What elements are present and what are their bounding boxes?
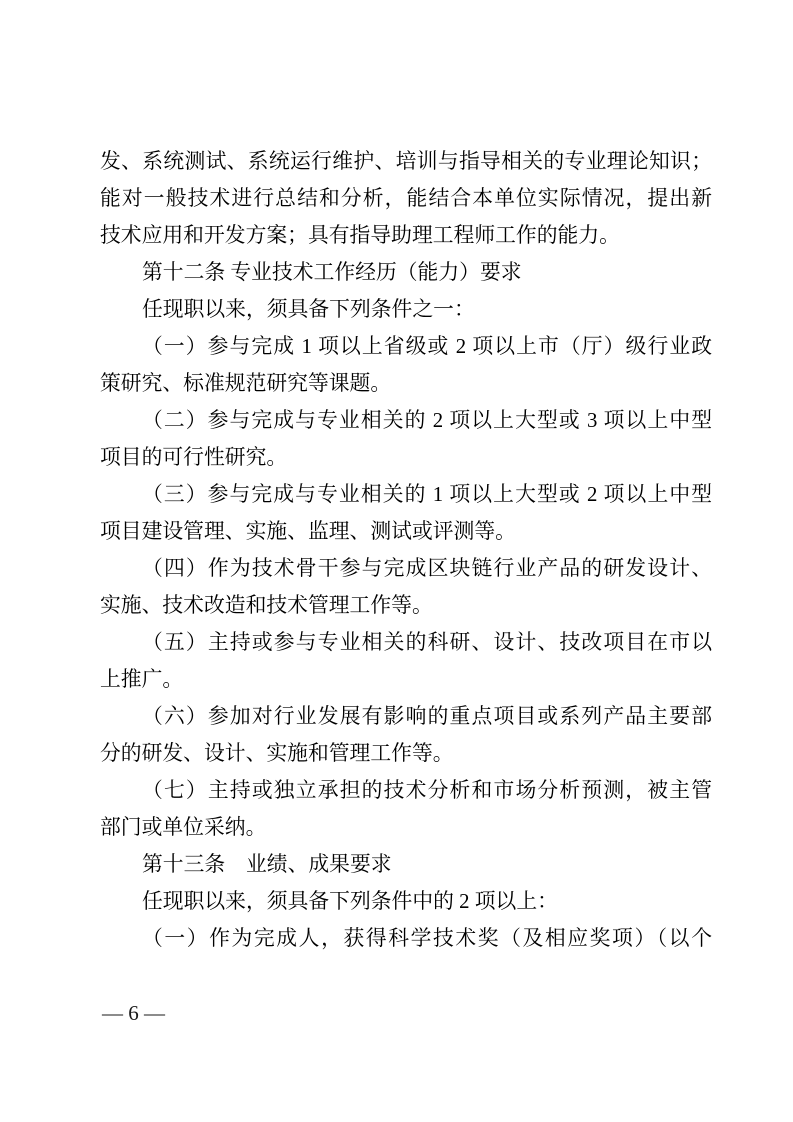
article-12-heading: 第十二条 专业技术工作经历（能力）要求	[100, 254, 712, 291]
body-text-line: 发、系统测试、系统运行维护、培训与指导相关的专业理论知识；	[100, 143, 712, 180]
clause-3-line: 项目建设管理、实施、监理、测试或评测等。	[100, 513, 712, 550]
article-13-heading: 第十三条 业绩、成果要求	[100, 846, 712, 883]
body-text-line: 任现职以来，须具备下列条件中的 2 项以上：	[100, 883, 712, 920]
document-page: 发、系统测试、系统运行维护、培训与指导相关的专业理论知识； 能对一般技术进行总结…	[0, 0, 793, 1122]
clause-1-line-art13: （一）作为完成人，获得科学技术奖（及相应奖项）（以个	[100, 920, 712, 957]
clause-2-line: 项目的可行性研究。	[100, 439, 712, 476]
clause-5-line: （五）主持或参与专业相关的科研、设计、技改项目在市以	[100, 624, 712, 661]
page-footer: — 6 —	[102, 998, 165, 1028]
body-text-line: 技术应用和开发方案；具有指导助理工程师工作的能力。	[100, 217, 712, 254]
clause-5-line: 上推广。	[100, 661, 712, 698]
clause-7-line: 部门或单位采纳。	[100, 809, 712, 846]
clause-2-line: （二）参与完成与专业相关的 2 项以上大型或 3 项以上中型	[100, 402, 712, 439]
clause-7-line: （七）主持或独立承担的技术分析和市场分析预测，被主管	[100, 772, 712, 809]
body-text-line: 能对一般技术进行总结和分析，能结合本单位实际情况，提出新	[100, 180, 712, 217]
clause-1-line: 策研究、标准规范研究等课题。	[100, 365, 712, 402]
clause-6-line: （六）参加对行业发展有影响的重点项目或系列产品主要部	[100, 698, 712, 735]
clause-6-line: 分的研发、设计、实施和管理工作等。	[100, 735, 712, 772]
document-body: 发、系统测试、系统运行维护、培训与指导相关的专业理论知识； 能对一般技术进行总结…	[100, 143, 712, 957]
clause-4-line: 实施、技术改造和技术管理工作等。	[100, 587, 712, 624]
clause-4-line: （四）作为技术骨干参与完成区块链行业产品的研发设计、	[100, 550, 712, 587]
body-text-line: 任现职以来，须具备下列条件之一：	[100, 291, 712, 328]
page-number: — 6 —	[102, 1001, 165, 1025]
clause-3-line: （三）参与完成与专业相关的 1 项以上大型或 2 项以上中型	[100, 476, 712, 513]
clause-1-line: （一）参与完成 1 项以上省级或 2 项以上市（厅）级行业政	[100, 328, 712, 365]
